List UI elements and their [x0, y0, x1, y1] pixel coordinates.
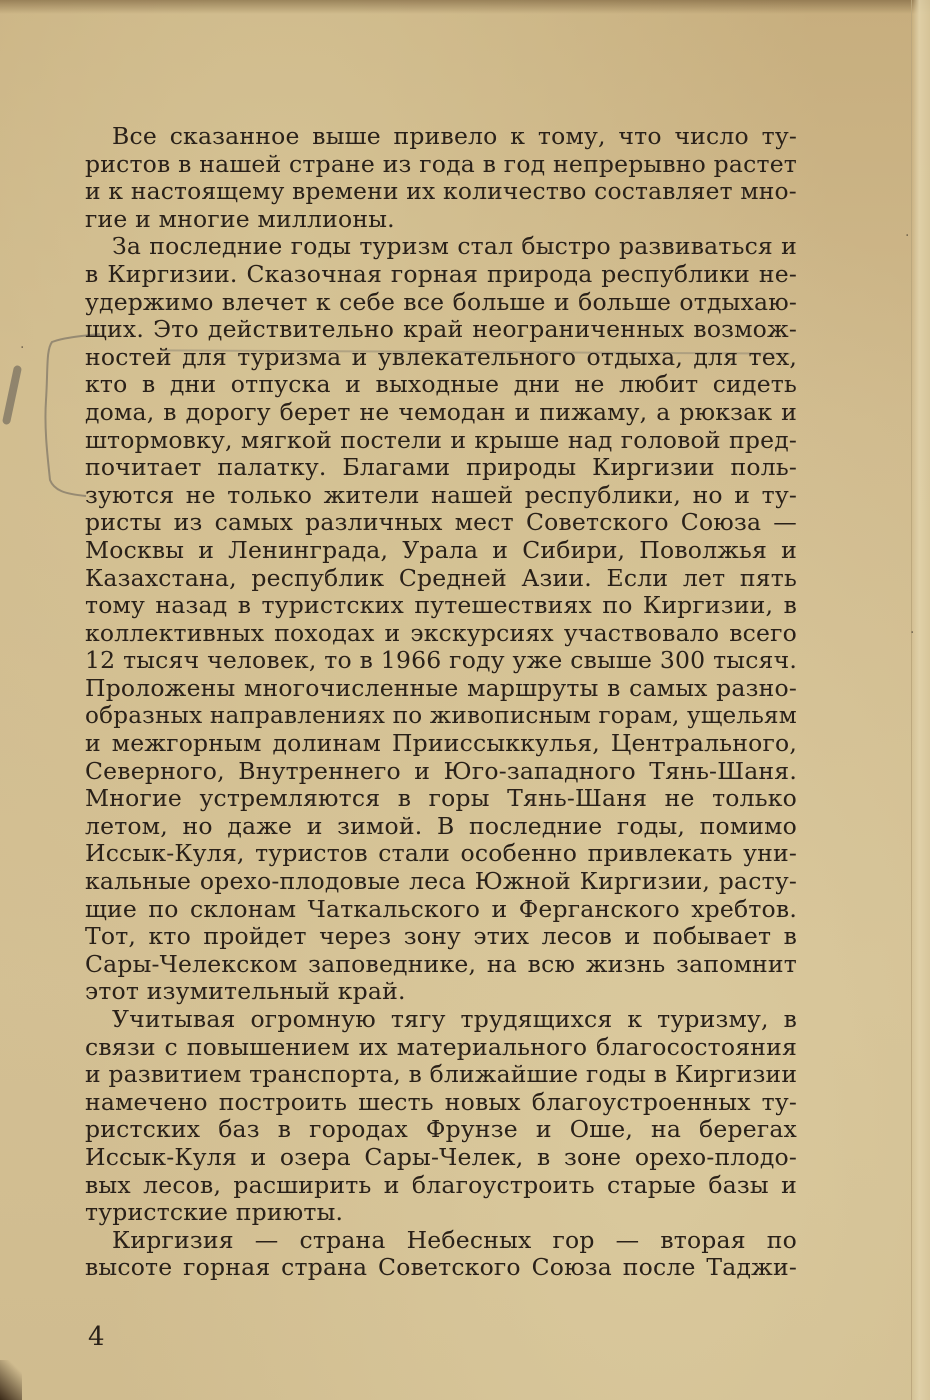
text-line: в Киргизии. Сказочная горная природа рес… [85, 261, 797, 289]
text-line: Многие устремляются в горы Тянь-Шаня не … [85, 785, 797, 813]
text-line: Проложены многочисленные маршруты в самы… [85, 675, 797, 703]
text-line: летом, но даже и зимой. В последние годы… [85, 813, 797, 841]
text-line: Все сказанное выше привело к тому, что ч… [85, 123, 797, 151]
book-page: · · · Все сказанное выше привело к тому,… [0, 0, 930, 1400]
text-line: 12 тысяч человек, то в 1966 году уже свы… [85, 647, 797, 675]
body-text: Все сказанное выше привело к тому, что ч… [85, 123, 797, 1282]
text-line: За последние годы туризм стал быстро раз… [85, 233, 797, 261]
text-line: и межгорным долинам Прииссыккулья, Центр… [85, 730, 797, 758]
text-line: удержимо влечет к себе все больше и боль… [85, 289, 797, 317]
page-number: 4 [88, 1322, 105, 1352]
text-line: щих. Это действительно край неограниченн… [85, 316, 797, 344]
text-line: туристские приюты. [85, 1199, 797, 1227]
text-line: образных направлениях по живописным гора… [85, 702, 797, 730]
text-line: этот изумительный край. [85, 978, 797, 1006]
text-line: штормовку, мягкой постели и крыше над го… [85, 427, 797, 455]
text-line: Иссык-Куля и озера Сары-Челек, в зоне ор… [85, 1144, 797, 1172]
text-line: Северного, Внутреннего и Юго-западного Т… [85, 758, 797, 786]
page-bottom-corner [0, 1360, 22, 1400]
text-line: Киргизия — страна Небесных гор — вторая … [85, 1227, 797, 1255]
text-line: кальные орехо-плодовые леса Южной Киргиз… [85, 868, 797, 896]
text-line: Тот, кто пройдет через зону этих лесов и… [85, 923, 797, 951]
text-line: щие по склонам Чаткальского и Ферганског… [85, 896, 797, 924]
text-line: и к настоящему времени их количество сос… [85, 178, 797, 206]
text-line: тому назад в туристских путешествиях по … [85, 592, 797, 620]
margin-speck: · [20, 340, 24, 356]
page-top-shadow [0, 0, 930, 14]
margin-speck: · [910, 625, 914, 641]
text-line: Учитывая огромную тягу трудящихся к тури… [85, 1006, 797, 1034]
text-line: высоте горная страна Советского Союза по… [85, 1254, 797, 1282]
text-line: Сары-Челекском заповеднике, на всю жизнь… [85, 951, 797, 979]
text-line: ристских баз в городах Фрунзе и Оше, на … [85, 1116, 797, 1144]
text-line: ностей для туризма и увлекательного отды… [85, 344, 797, 372]
text-line: и развитием транспорта, в ближайшие годы… [85, 1061, 797, 1089]
text-line: Иссык-Куля, туристов стали особенно прив… [85, 840, 797, 868]
text-line: гие и многие миллионы. [85, 206, 797, 234]
page-right-edge [911, 0, 930, 1400]
text-line: вых лесов, расширить и благоустроить ста… [85, 1172, 797, 1200]
text-line: коллективных походах и экскурсиях участв… [85, 620, 797, 648]
margin-speck: · [905, 228, 909, 244]
text-line: ристы из самых различных мест Советского… [85, 509, 797, 537]
text-line: Казахстана, республик Средней Азии. Если… [85, 565, 797, 593]
text-line: намечено построить шесть новых благоустр… [85, 1089, 797, 1117]
text-line: кто в дни отпуска и выходные дни не люби… [85, 371, 797, 399]
text-line: Москвы и Ленинграда, Урала и Сибири, Пов… [85, 537, 797, 565]
pencil-smudge [2, 365, 22, 425]
text-line: ристов в нашей стране из года в год непр… [85, 151, 797, 179]
text-line: дома, в дорогу берет не чемодан и пижаму… [85, 399, 797, 427]
text-line: связи с повышением их материального благ… [85, 1034, 797, 1062]
text-line: почитает палатку. Благами природы Киргиз… [85, 454, 797, 482]
text-line: зуются не только жители нашей республики… [85, 482, 797, 510]
